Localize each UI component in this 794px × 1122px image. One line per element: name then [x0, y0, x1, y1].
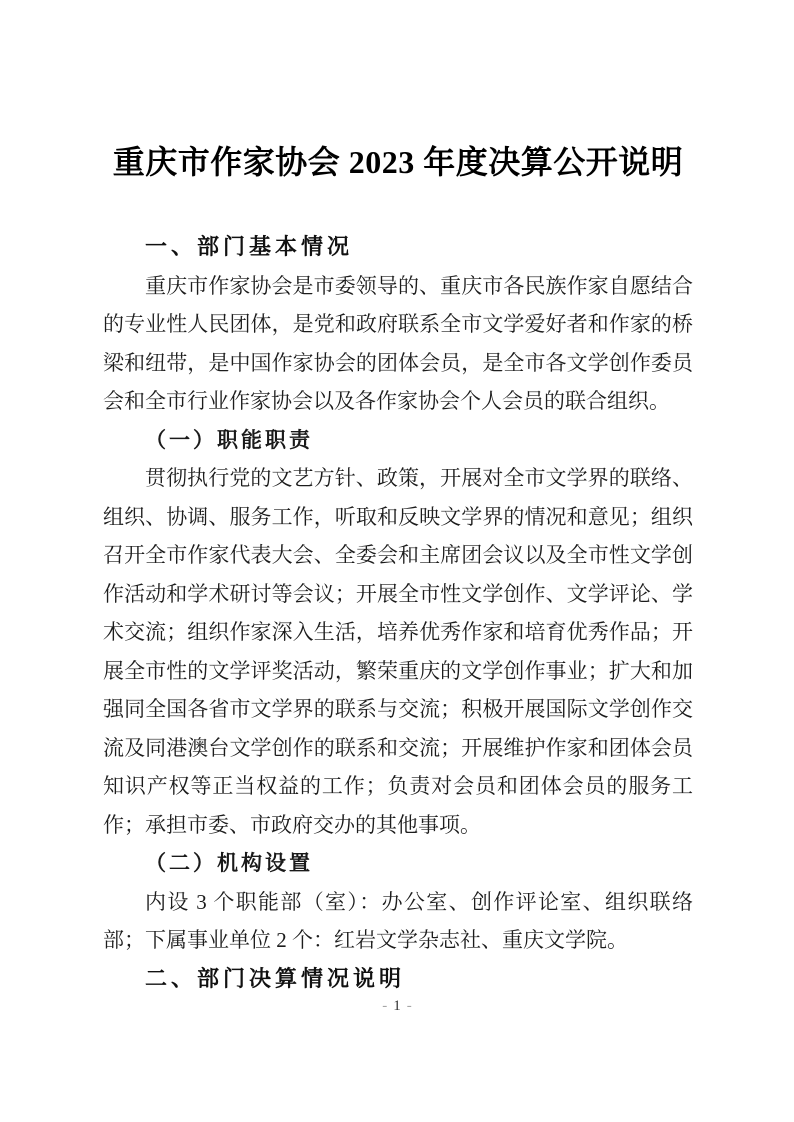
paragraph-duties: 贯彻执行党的文艺方针、政策，开展对全市文学界的联络、组织、协调、服务工作，听取和… — [103, 459, 693, 844]
subsection-heading-duties: （一）职能职责 — [103, 421, 693, 460]
paragraph-association-intro: 重庆市作家协会是市委领导的、重庆市各民族作家自愿结合的专业性人民团体，是党和政府… — [103, 267, 693, 421]
document-page: 重庆市作家协会 2023 年度决算公开说明 一、部门基本情况 重庆市作家协会是市… — [0, 0, 794, 1122]
page-footer: -1- — [0, 996, 794, 1016]
subsection-heading-structure: （二）机构设置 — [103, 844, 693, 883]
page-number: 1 — [393, 998, 401, 1014]
section-heading-final-accounts: 二、部门决算情况说明 — [103, 960, 693, 999]
footer-right-dash: - — [401, 998, 418, 1014]
document-title: 重庆市作家协会 2023 年度决算公开说明 — [103, 142, 693, 182]
paragraph-structure: 内设 3 个职能部（室）：办公室、创作评论室、组织联络部；下属事业单位 2 个：… — [103, 883, 693, 960]
document-content: 重庆市作家协会 2023 年度决算公开说明 一、部门基本情况 重庆市作家协会是市… — [103, 142, 693, 998]
footer-left-dash: - — [376, 998, 393, 1014]
section-heading-basic-info: 一、部门基本情况 — [103, 228, 693, 267]
